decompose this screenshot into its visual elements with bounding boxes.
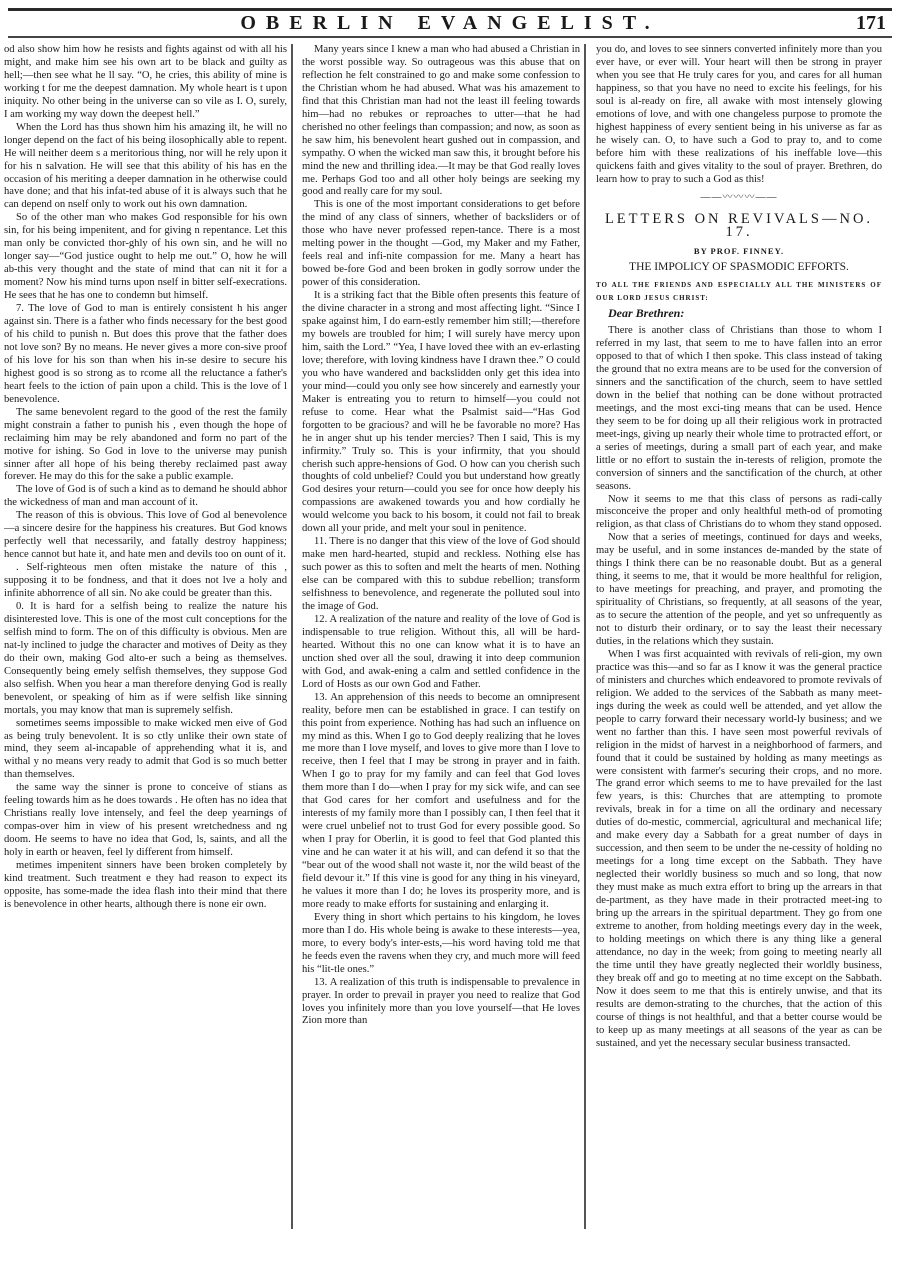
column-1: od also show him how he resists and figh… xyxy=(4,44,287,912)
salutation: Dear Brethren: xyxy=(608,307,882,320)
column-divider xyxy=(291,44,293,1229)
paragraph: 11. There is no danger that this view of… xyxy=(302,536,580,614)
paragraph: the same way the sinner is prone to conc… xyxy=(4,782,287,860)
paragraph: metimes impenitent sinners have been bro… xyxy=(4,860,287,912)
paragraph: 13. A realization of this truth is indis… xyxy=(302,977,580,1029)
masthead-top-rule xyxy=(8,8,892,11)
paragraph: Every thing in short which pertains to h… xyxy=(302,912,580,977)
paragraph: od also show him how he resists and figh… xyxy=(4,44,287,122)
paragraph: you do, and loves to see sinners convert… xyxy=(596,44,882,186)
column-divider xyxy=(584,44,586,1229)
article-title: LETTERS ON REVIVALS—NO. 17. xyxy=(596,213,882,239)
paragraph: Many years since I knew a man who had ab… xyxy=(302,44,580,199)
article-subtitle: THE IMPOLICY OF SPASMODIC EFFORTS. xyxy=(596,261,882,274)
paragraph: 12. A realization of the nature and real… xyxy=(302,614,580,692)
paragraph: sometimes seems impossible to make wicke… xyxy=(4,718,287,783)
section-divider-ornament: ——〰〰〰—— xyxy=(596,192,882,205)
paragraph: 7. The love of God to man is entirely co… xyxy=(4,303,287,407)
paragraph: When I was first acquainted with revival… xyxy=(596,649,882,1051)
paragraph: So of the other man who makes God respon… xyxy=(4,212,287,303)
paragraph: The reason of this is obvious. This love… xyxy=(4,510,287,562)
paragraph: Now that a series of meetings, continued… xyxy=(596,532,882,649)
article-byline: BY PROF. FINNEY. xyxy=(596,245,882,258)
masthead-bottom-rule xyxy=(8,36,892,38)
paragraph: 0. It is hard for a selfish being to rea… xyxy=(4,601,287,718)
column-2: Many years since I knew a man who had ab… xyxy=(302,44,580,1028)
paragraph: The same benevolent regard to the good o… xyxy=(4,407,287,485)
paragraph: Now it seems to me that this class of pe… xyxy=(596,494,882,533)
newspaper-title: OBERLIN EVANGELIST. xyxy=(0,12,900,35)
column-3: you do, and loves to see sinners convert… xyxy=(596,44,882,1050)
paragraph: When the Lord has thus shown him his ama… xyxy=(4,122,287,213)
masthead: OBERLIN EVANGELIST. 171 xyxy=(0,12,900,36)
paragraph: . Self-righteous men often mistake the n… xyxy=(4,562,287,601)
page-number: 171 xyxy=(856,12,886,35)
paragraph: The love of God is of such a kind as to … xyxy=(4,484,287,510)
paragraph: This is one of the most important consid… xyxy=(302,199,580,290)
paragraph: 13. An apprehension of this needs to bec… xyxy=(302,692,580,912)
article-address: TO ALL THE FRIENDS AND ESPECIALLY ALL TH… xyxy=(596,279,882,305)
paragraph: There is another class of Christians tha… xyxy=(596,325,882,493)
paragraph: It is a striking fact that the Bible oft… xyxy=(302,290,580,536)
